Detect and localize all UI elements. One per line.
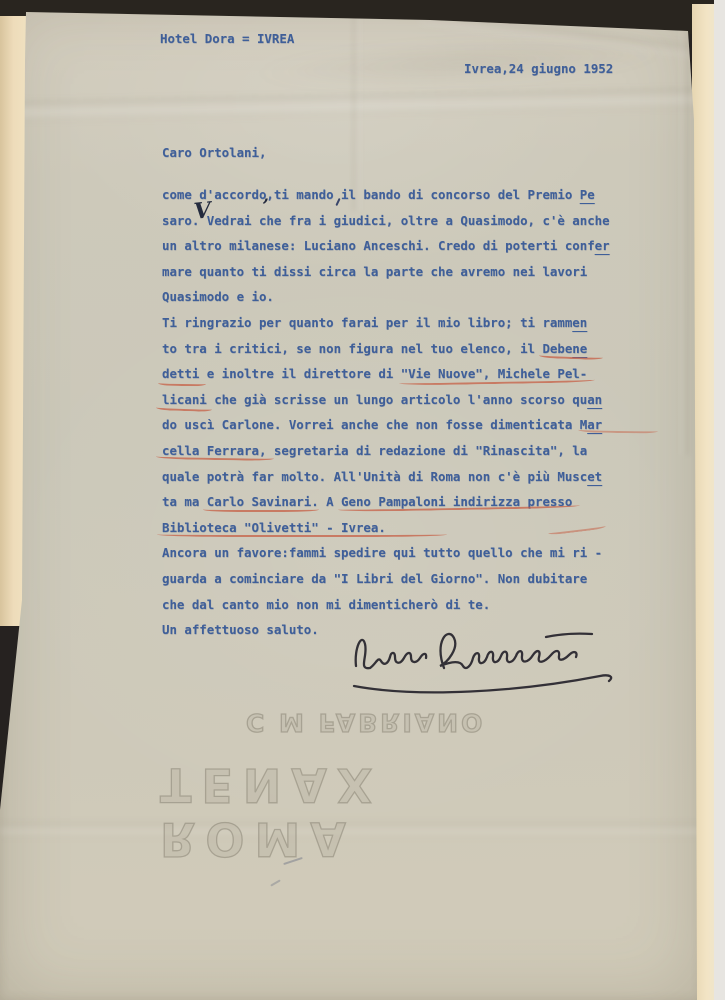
- stray-ink-mark: [283, 857, 303, 865]
- annotation-layer: V,: [0, 0, 725, 1000]
- red-pencil-underline-vie-nuove-michele-pel-: [399, 377, 595, 385]
- red-pencil-underline-geno-pampaloni-indirizza: [338, 503, 580, 512]
- handwritten-V-correction: V: [193, 197, 213, 225]
- handwritten-comma-insert: ,: [263, 186, 269, 206]
- red-pencil-underline-detti: [158, 381, 206, 387]
- handwritten-insert-mark: [335, 198, 340, 206]
- red-pencil-underline-mar: [578, 427, 658, 433]
- signature-scrawl: [348, 624, 658, 696]
- signature: [348, 624, 658, 696]
- red-pencil-underline-stray-tick-right-of-biblioteca-line: [548, 523, 606, 535]
- red-pencil-underline-debene: [539, 353, 603, 360]
- red-pencil-underline-licani: [156, 405, 212, 412]
- red-pencil-underline-biblioteca-olivetti-ivrea-: [157, 532, 447, 537]
- red-pencil-underline-carlo-savinari-: [203, 507, 319, 512]
- red-pencil-underline-cella-ferrara: [156, 454, 274, 461]
- scanned-letter-photo: ROMA TENAX C M FABRIANO Hotel Dora = IVR…: [0, 0, 725, 1000]
- stray-ink-mark: [270, 879, 281, 886]
